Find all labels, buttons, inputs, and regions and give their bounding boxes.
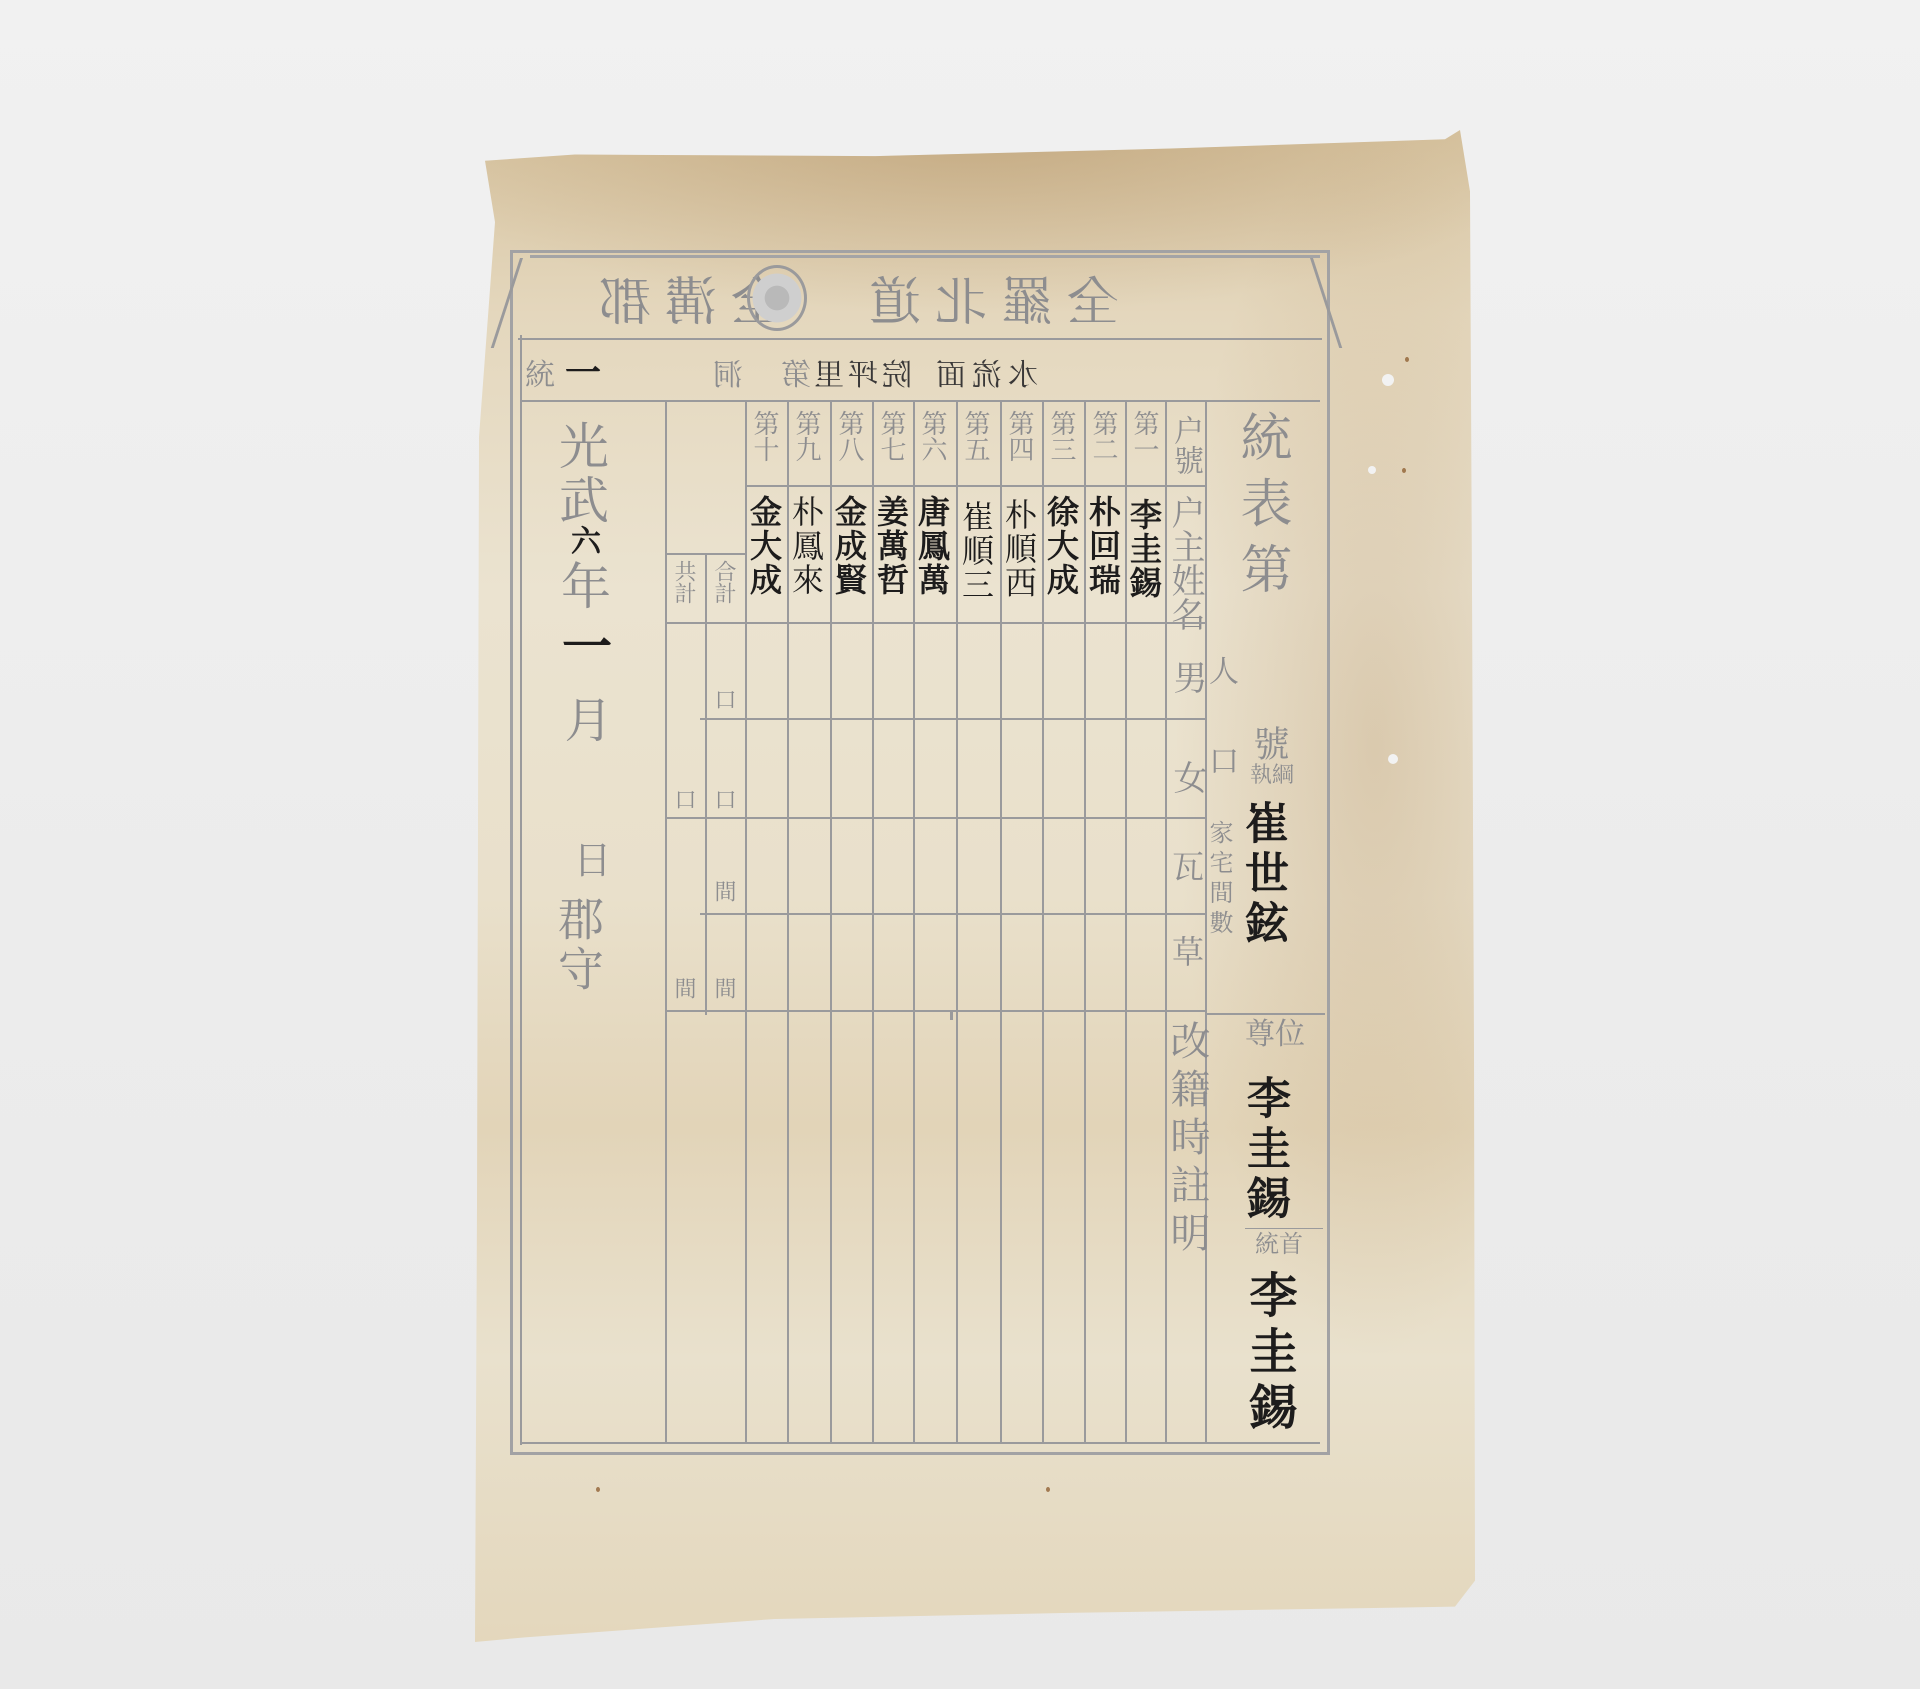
issuer-title: 郡守 — [555, 895, 601, 995]
superior-title: 尊位 — [1245, 1020, 1305, 1050]
header-row-bottom — [745, 485, 1205, 487]
province-title: 全羅北道 — [855, 262, 1119, 332]
household-head-name: 姜萬哲 — [875, 495, 907, 597]
form-title-text: 統表第 — [1231, 410, 1291, 608]
population-header: 人口 — [1205, 655, 1235, 835]
col-line — [705, 555, 707, 1015]
date-year: 六 — [567, 525, 597, 555]
household-head-name: 李圭錫 — [1128, 498, 1160, 600]
village-name-text: 院坪里 — [810, 350, 912, 394]
household-ordinal: 第五 — [962, 410, 988, 462]
household-ordinal: 第七 — [878, 410, 904, 462]
frame-inner-bottom — [520, 1442, 1320, 1444]
tile-label: 瓦 — [1170, 850, 1202, 882]
totals-top — [665, 553, 745, 555]
female-label: 女 — [1170, 760, 1204, 794]
tong-prefix: 統 — [525, 350, 555, 394]
household-head-name: 朴鳳來 — [790, 495, 822, 597]
era-name: 光武 — [555, 420, 605, 528]
stain-spot — [596, 1487, 600, 1492]
household-head-name: 崔順三 — [960, 500, 992, 602]
village-name: 院坪里 — [810, 350, 912, 394]
title-band-bottom — [518, 338, 1322, 340]
date-day-suffix: 日 — [570, 840, 608, 878]
household-ordinal: 第八 — [836, 410, 862, 462]
date-year-suffix: 年 — [557, 560, 607, 610]
subtotal-thatch-unit: 間 — [712, 977, 734, 999]
head-title: 統首 — [1255, 1232, 1303, 1256]
subtotal-label: 合計 — [712, 560, 734, 604]
subtotal-male-unit: 口 — [712, 688, 734, 710]
house-header: 家宅間數 — [1207, 820, 1231, 940]
frame-inner-left — [520, 335, 522, 1445]
subtotal-female-unit: 口 — [712, 788, 734, 810]
paper-hole — [1368, 466, 1376, 474]
township-name: 水流面 — [930, 350, 1038, 394]
thatch-label: 草 — [1170, 935, 1202, 967]
household-head-name: 徐大成 — [1045, 495, 1077, 597]
tile-row-bottom — [700, 913, 1205, 915]
household-head-name: 朴回瑞 — [1087, 495, 1119, 597]
head-name: 李圭錫 — [1245, 1270, 1293, 1438]
total-pop-unit: 口 — [672, 788, 694, 810]
seal-icon — [747, 265, 807, 331]
stain-spot — [1046, 1487, 1050, 1492]
registrar-title: 執綱 — [1250, 765, 1294, 787]
subtotal-tile-unit: 間 — [712, 880, 734, 902]
total-label: 共計 — [672, 560, 694, 604]
head-divider — [1245, 1228, 1323, 1229]
remarks-header: 改籍時註明 — [1167, 1020, 1207, 1260]
paper-hole — [1388, 754, 1398, 764]
location-row-bottom — [520, 400, 1320, 402]
total-house-unit: 間 — [672, 977, 694, 999]
date-month-suffix: 月 — [560, 695, 608, 743]
male-label: 男 — [1170, 660, 1204, 694]
household-ordinal: 第三 — [1048, 410, 1074, 462]
form-title: 統表第 — [1235, 410, 1287, 608]
head-name-header: 户主姓名 — [1168, 495, 1202, 631]
stain-spot — [1402, 468, 1406, 473]
household-head-name: 朴順西 — [1003, 498, 1035, 600]
paper-hole — [1382, 374, 1394, 386]
form-number-label: 號 — [1250, 725, 1286, 761]
registrar-name: 崔世鉉 — [1240, 800, 1284, 950]
center-tick — [950, 1010, 953, 1020]
household-ordinal: 第九 — [793, 410, 819, 462]
province-title-text: 全羅北道 — [855, 260, 1119, 335]
household-head-name: 唐鳳萬 — [916, 495, 948, 597]
dong-label: 第洞 — [675, 350, 811, 394]
household-head-name: 金大成 — [748, 495, 780, 597]
tong-number: 一 — [565, 345, 601, 396]
date-month: 一 — [558, 620, 608, 670]
household-number-header: 户號 — [1170, 415, 1200, 475]
dong-label-text: 第洞 — [675, 350, 811, 394]
household-ordinal: 第一 — [1131, 410, 1157, 462]
household-ordinal: 第十 — [751, 410, 777, 462]
superior-name: 李圭錫 — [1242, 1075, 1286, 1225]
household-ordinal: 第四 — [1006, 410, 1032, 462]
household-ordinal: 第六 — [919, 410, 945, 462]
household-head-name: 金成賢 — [833, 495, 865, 597]
col-line — [665, 402, 667, 1442]
township-name-text: 水流面 — [930, 350, 1038, 394]
male-row-bottom — [700, 718, 1205, 720]
superior-divider — [1207, 1013, 1325, 1015]
household-ordinal: 第二 — [1090, 410, 1116, 462]
stain-spot — [1405, 357, 1409, 362]
